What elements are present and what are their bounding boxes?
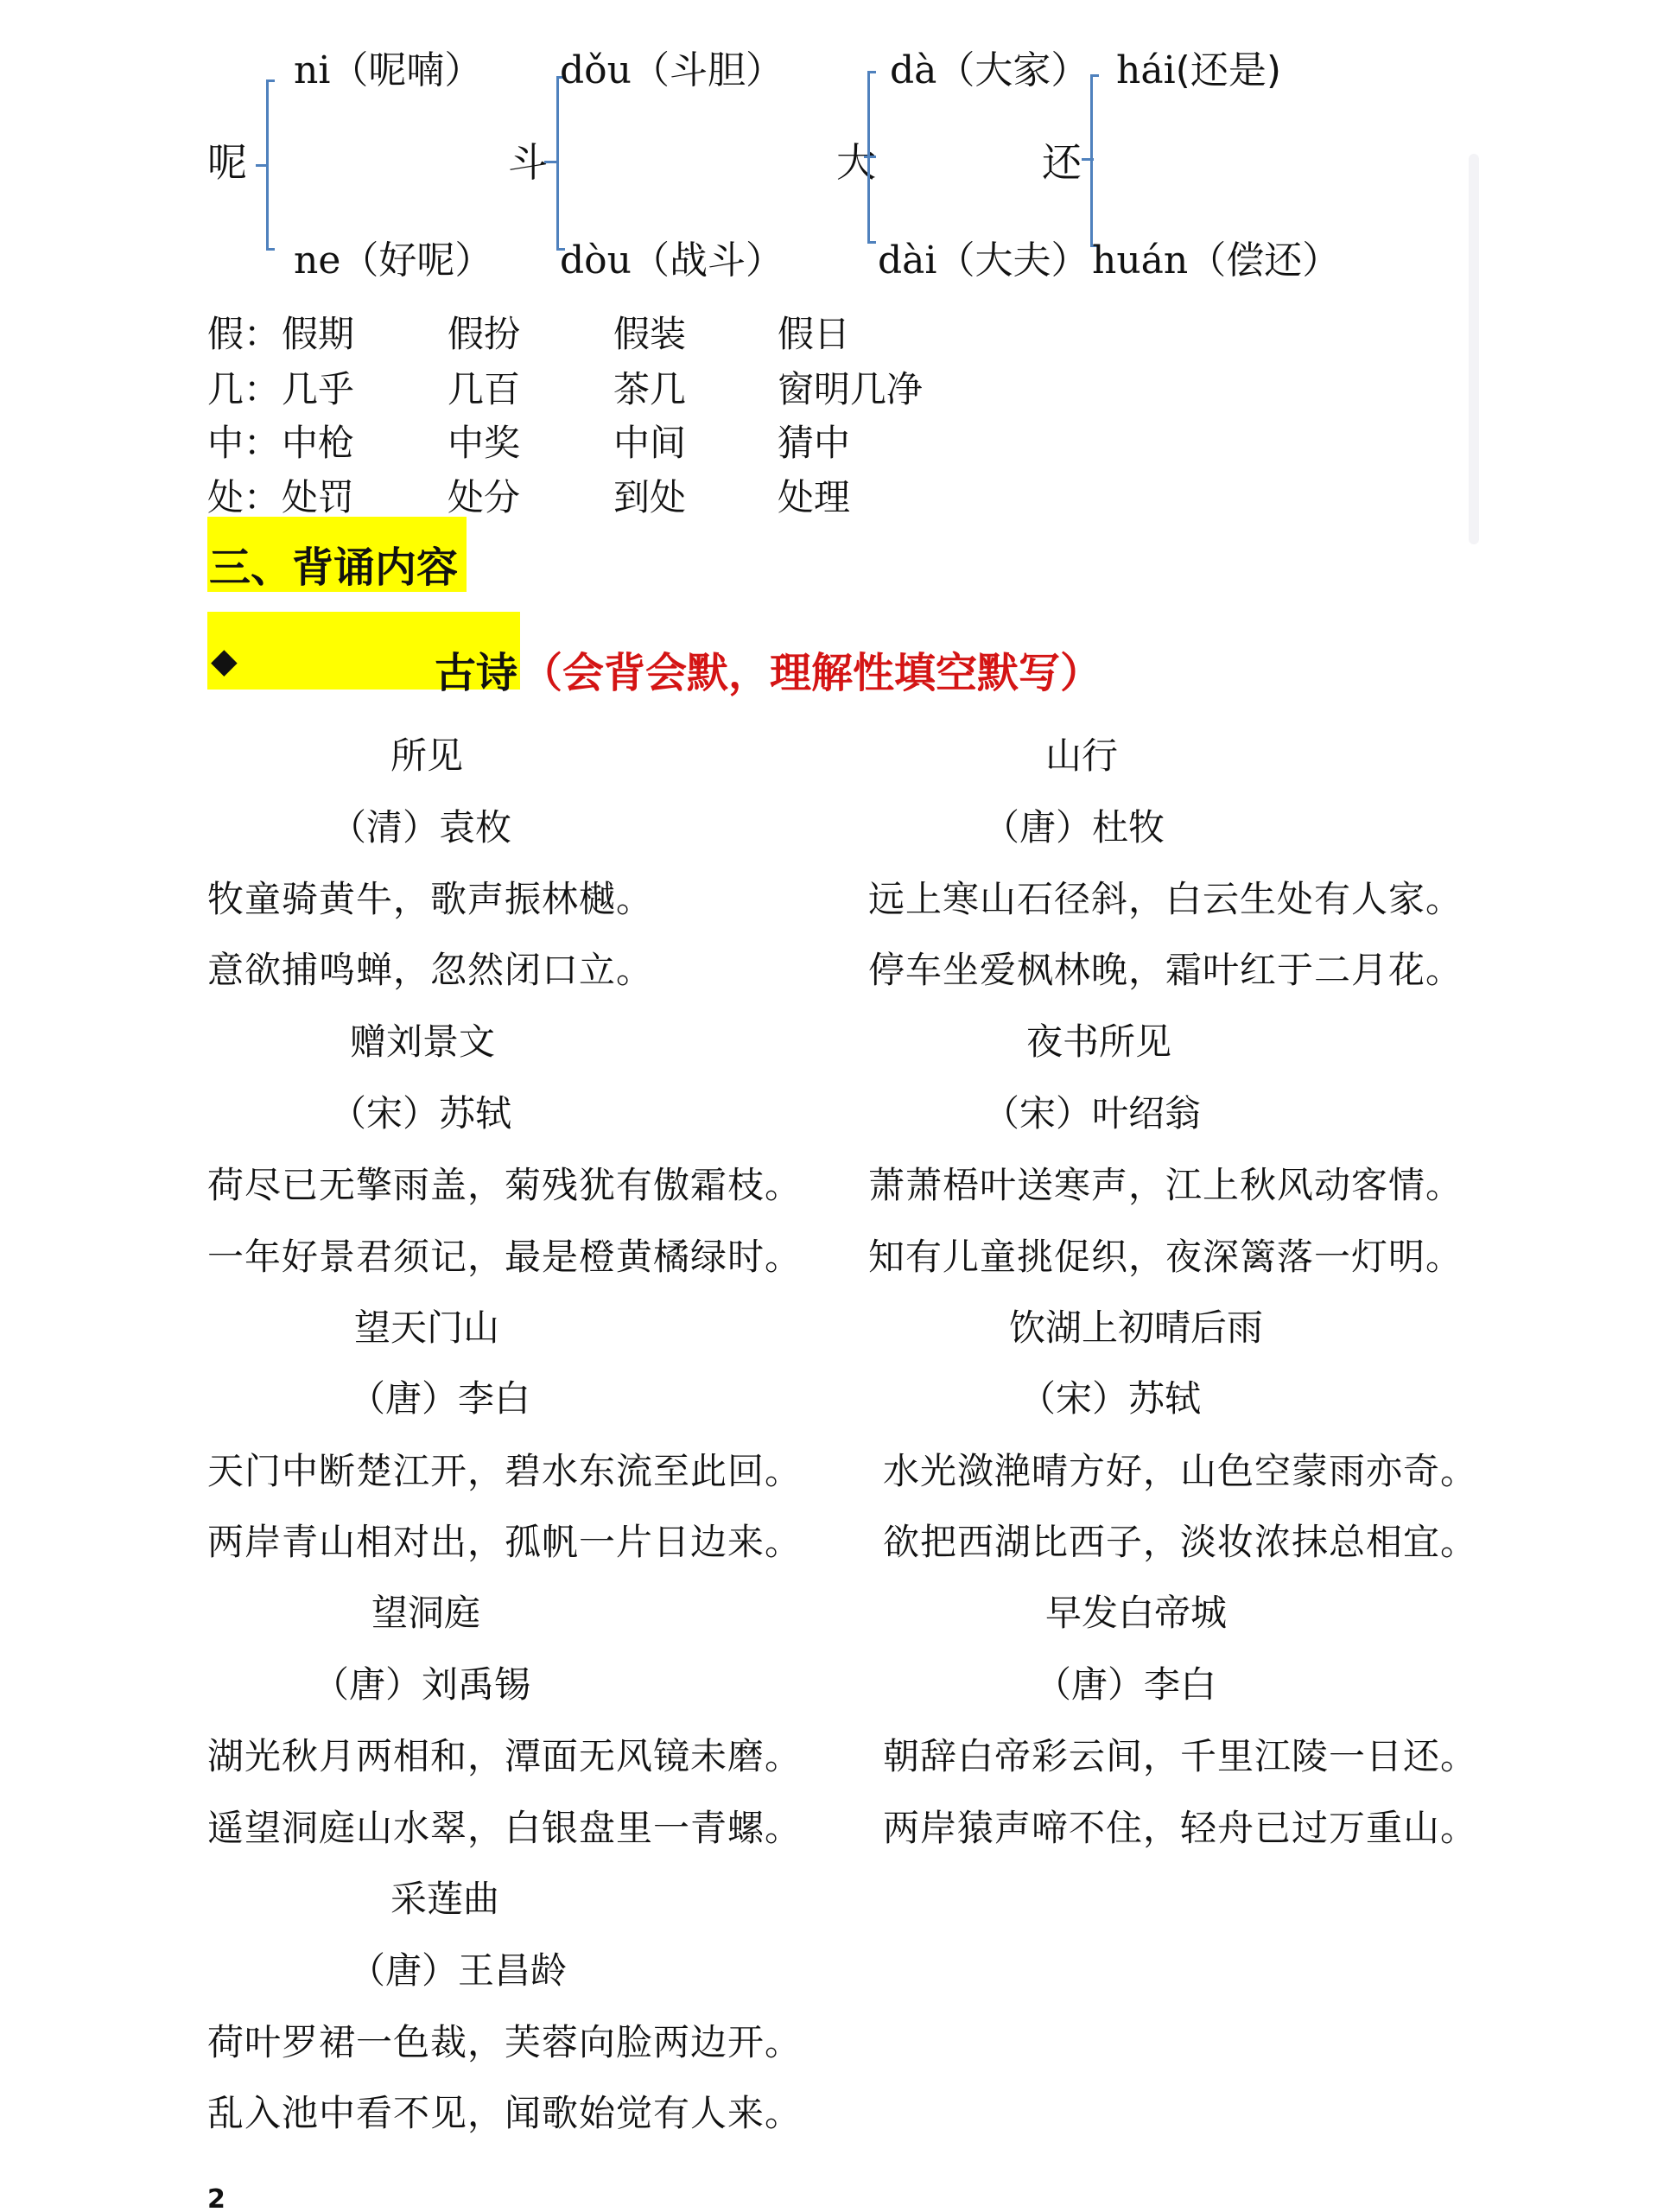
reading-bottom: ne（好呢） (294, 229, 492, 284)
page-number: 2 (207, 2184, 225, 2212)
poem-line: 牧童骑黄牛，歌声振林樾。 (207, 871, 653, 923)
word: 假装 (613, 306, 686, 358)
poem-author: （宋）苏轼 (330, 1085, 511, 1137)
bracket-tick (864, 156, 876, 158)
word: 茶几 (613, 361, 686, 413)
polyphone-char: 大 (836, 131, 876, 188)
poem-author: （唐）李白 (1035, 1656, 1216, 1708)
poem-line: 意欲捕鸣蝉，忽然闭口立。 (207, 942, 653, 994)
poem-author: （唐）王昌龄 (349, 1942, 567, 1994)
word: 中奖 (448, 415, 520, 467)
example-word: （好呢） (340, 238, 492, 283)
poem-line: 荷尽已无擎雨盖，菊残犹有傲霜枝。 (207, 1157, 802, 1209)
scrollbar[interactable] (1469, 154, 1479, 544)
poem-line: 两岸青山相对出，孤帆一片日边来。 (207, 1514, 802, 1566)
pinyin: dòu (560, 238, 632, 283)
bracket (556, 76, 559, 251)
bracket (266, 79, 269, 251)
bracket (867, 71, 870, 244)
poem-line: 欲把西湖比西子，淡妆浓抹总相宜。 (883, 1514, 1477, 1566)
poem-line: 朝辞白帝彩云间，千里江陵一日还。 (883, 1728, 1477, 1780)
poem-line: 一年好景君须记，最是橙黄橘绿时。 (207, 1229, 802, 1281)
example-word: （大夫） (936, 238, 1089, 283)
poem-author: （宋）苏轼 (1019, 1370, 1201, 1422)
reading-top: dǒu（斗胆） (560, 39, 784, 94)
example-word: （大家） (936, 48, 1089, 92)
poem-line: 停车坐爱枫林晚，霜叶红于二月花。 (868, 942, 1463, 994)
word: 假日 (778, 306, 850, 358)
example-word: （呢喃） (330, 48, 482, 92)
poem-line: 萧萧梧叶送寒声，江上秋风动客情。 (868, 1157, 1463, 1209)
pinyin: dà (890, 48, 936, 92)
poem-title: 采莲曲 (390, 1871, 499, 1923)
word: 假扮 (448, 306, 520, 358)
poem-line: 远上寒山石径斜，白云生处有人家。 (868, 871, 1463, 923)
word-head: 处： (207, 469, 280, 521)
polyphone-char: 斗 (508, 131, 548, 188)
pinyin: dài (878, 238, 936, 283)
poem-title: 夜书所见 (1026, 1014, 1171, 1065)
section-heading: 三、背诵内容 (209, 534, 458, 594)
poem-line: 乱入池中看不见，闻歌始觉有人来。 (207, 2085, 802, 2137)
word: 处罚 (282, 469, 354, 521)
poem-line: 水光潋滟晴方好，山色空蒙雨亦奇。 (883, 1443, 1477, 1495)
word: 窗明几净 (778, 361, 923, 413)
poem-author: （唐）刘禹锡 (313, 1656, 530, 1708)
polyphone-char: 还 (1042, 131, 1082, 188)
poem-author: （唐）杜牧 (983, 799, 1165, 851)
poem-title: 早发白帝城 (1045, 1585, 1227, 1637)
poem-title: 望天门山 (354, 1300, 499, 1351)
example-word: （战斗） (632, 238, 784, 283)
word: 处分 (448, 469, 520, 521)
poem-line: 荷叶罗裙一色裁，芙蓉向脸两边开。 (207, 2014, 802, 2066)
poem-author: （清）袁枚 (330, 799, 511, 851)
word: 假期 (282, 306, 354, 358)
poem-title: 赠刘景文 (350, 1014, 495, 1065)
poem-author: （宋）叶绍翁 (983, 1085, 1201, 1137)
poem-title: 山行 (1045, 728, 1118, 779)
reading-bottom: dòu（战斗） (560, 229, 784, 284)
pinyin: huán (1092, 238, 1188, 283)
poem-line: 湖光秋月两相和，潭面无风镜未磨。 (207, 1728, 802, 1780)
pinyin: ne (294, 238, 340, 283)
word: 中枪 (282, 415, 354, 467)
word: 几乎 (282, 361, 354, 413)
bracket-tick (544, 161, 556, 163)
poem-line: 天门中断楚江开，碧水东流至此回。 (207, 1443, 802, 1495)
word-head: 中： (207, 415, 280, 467)
word: 猜中 (778, 415, 850, 467)
reading-top: hái(还是) (1116, 39, 1281, 94)
subheading-title: 古诗 (435, 639, 517, 699)
poem-title: 所见 (390, 728, 463, 779)
poem-line: 知有儿童挑促织，夜深篱落一灯明。 (868, 1229, 1463, 1281)
example-word: （偿还） (1188, 238, 1340, 283)
pinyin: ni (294, 48, 330, 92)
example-word: (还是) (1176, 48, 1281, 92)
diamond-bullet-icon: ◆ (211, 641, 238, 681)
poem-title: 望洞庭 (371, 1585, 480, 1637)
word-head: 假： (207, 306, 280, 358)
word: 处理 (778, 469, 850, 521)
reading-top: dà（大家） (890, 39, 1089, 94)
bracket (1090, 74, 1093, 247)
polyphone-char: 呢 (207, 131, 247, 188)
word: 到处 (613, 469, 686, 521)
reading-bottom: dài（大夫） (878, 229, 1089, 284)
reading-bottom: huán（偿还） (1092, 229, 1340, 284)
pinyin: dǒu (560, 48, 632, 92)
reading-top: ni（呢喃） (294, 39, 482, 94)
word: 几百 (448, 361, 520, 413)
poem-title: 饮湖上初晴后雨 (1009, 1300, 1263, 1351)
poem-author: （唐）李白 (349, 1370, 530, 1422)
subheading-note: （会背会默，理解性填空默写） (521, 639, 1101, 699)
example-word: （斗胆） (632, 48, 784, 92)
poem-line: 两岸猿声啼不住，轻舟已过万重山。 (883, 1800, 1477, 1852)
pinyin: hái (1116, 48, 1176, 92)
poem-line: 遥望洞庭山水翠，白银盘里一青螺。 (207, 1800, 802, 1852)
word-head: 几： (207, 361, 280, 413)
word: 中间 (613, 415, 686, 467)
